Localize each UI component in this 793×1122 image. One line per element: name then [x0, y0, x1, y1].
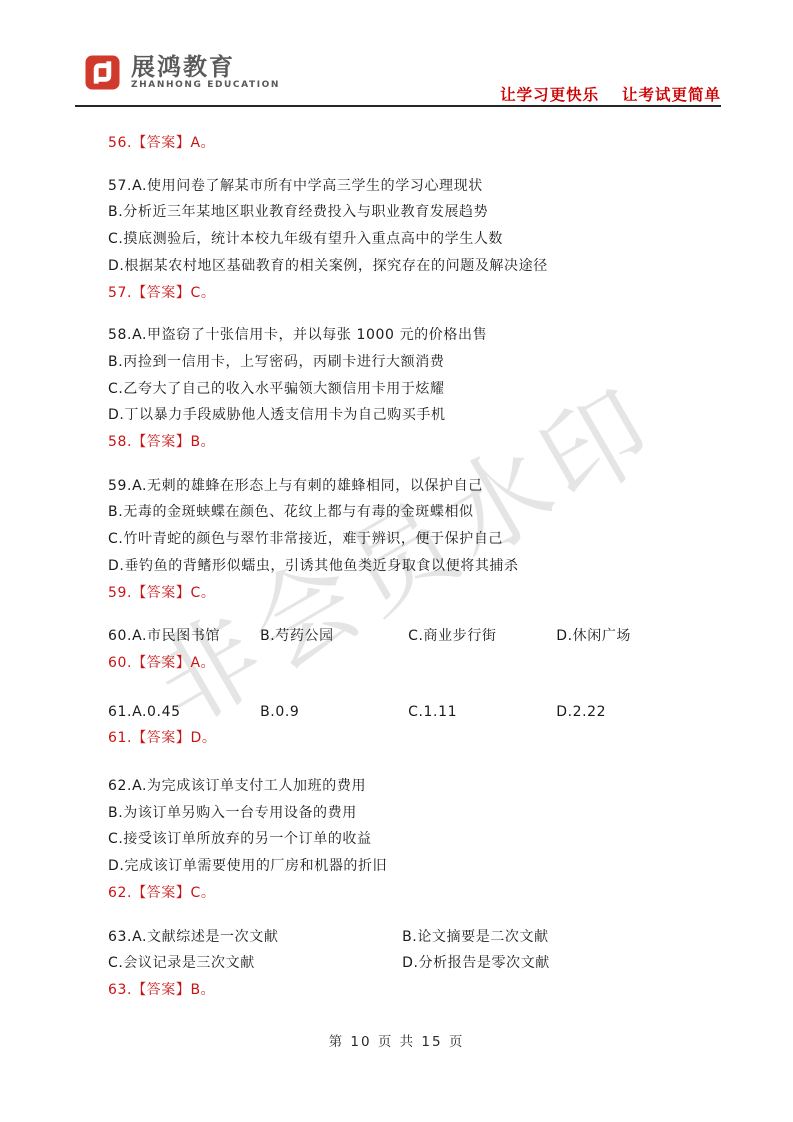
answer-line-62: 62.【答案】C。 [108, 880, 743, 907]
option-c: C.会议记录是三次文献 [108, 950, 397, 977]
option-line: B.丙捡到一信用卡，上写密码，丙刷卡进行大额消费 [108, 349, 743, 376]
option-line: B.为该订单另购入一台专用设备的费用 [108, 800, 743, 827]
option-a: 60.A.市民图书馆 [108, 623, 255, 650]
option-line: B.无毒的金斑蛱蝶在颜色、花纹上都与有毒的金斑蝶相似 [108, 499, 743, 526]
question-58: 58.A.甲盗窃了十张信用卡，并以每张 1000 元的价格出售 B.丙捡到一信用… [108, 322, 743, 456]
option-line: D.根据某农村地区基础教育的相关案例，探究存在的问题及解决途径 [108, 253, 743, 280]
zhanhong-logo-icon [85, 55, 120, 90]
answer-line-60: 60.【答案】A。 [108, 650, 743, 677]
option-line: C.竹叶青蛇的颜色与翠竹非常接近，难于辨识，便于保护自己 [108, 526, 743, 553]
option-line: C.摸底测验后，统计本校九年级有望升入重点高中的学生人数 [108, 226, 743, 253]
option-row: C.会议记录是三次文献 D.分析报告是零次文献 [108, 950, 743, 977]
option-a: 61.A.0.45 [108, 699, 255, 726]
option-c: C.1.11 [408, 699, 551, 726]
brand-name-en: ZHANHONG EDUCATION [131, 80, 280, 91]
answer-line-59: 59.【答案】C。 [108, 580, 743, 607]
option-line: 62.A.为完成该订单支付工人加班的费用 [108, 773, 743, 800]
option-line: D.完成该订单需要使用的厂房和机器的折旧 [108, 853, 743, 880]
option-c: C.商业步行街 [408, 623, 551, 650]
brand-name-cn: 展鸿教育 [131, 54, 280, 80]
brand-block: 展鸿教育 ZHANHONG EDUCATION [131, 54, 280, 91]
option-line: 57.A.使用问卷了解某市所有中学高三学生的学习心理现状 [108, 173, 743, 200]
option-b: B.芍药公园 [260, 623, 403, 650]
option-b: B.论文摘要是二次文献 [402, 929, 549, 945]
option-line: 59.A.无刺的雄蜂在形态上与有刺的雄蜂相同，以保护自己 [108, 473, 743, 500]
header-divider [75, 105, 721, 107]
question-63: 63.A.文献综述是一次文献 B.论文摘要是二次文献 C.会议记录是三次文献 D… [108, 924, 743, 1004]
option-line: 58.A.甲盗窃了十张信用卡，并以每张 1000 元的价格出售 [108, 322, 743, 349]
answer-line-58: 58.【答案】B。 [108, 429, 743, 456]
option-a: 63.A.文献综述是一次文献 [108, 924, 397, 951]
question-56: 56.【答案】A。 [108, 130, 743, 157]
answer-sheet: 56.【答案】A。 57.A.使用问卷了解某市所有中学高三学生的学习心理现状 B… [108, 130, 743, 1021]
option-row: 63.A.文献综述是一次文献 B.论文摘要是二次文献 [108, 924, 743, 951]
page-number: 第 10 页 共 15 页 [329, 1034, 465, 1050]
option-row: 61.A.0.45 B.0.9 C.1.11 D.2.22 [108, 699, 743, 726]
answer-line-56: 56.【答案】A。 [108, 130, 743, 157]
option-d: D.分析报告是零次文献 [402, 955, 550, 971]
option-line: D.垂钓鱼的背鳍形似蠕虫，引诱其他鱼类近身取食以便将其捕杀 [108, 553, 743, 580]
answer-line-63: 63.【答案】B。 [108, 977, 743, 1004]
answer-line-61: 61.【答案】D。 [108, 725, 743, 752]
option-line: D.丁以暴力手段威胁他人透支信用卡为自己购买手机 [108, 402, 743, 429]
question-61: 61.A.0.45 B.0.9 C.1.11 D.2.22 61.【答案】D。 [108, 699, 743, 752]
option-row: 60.A.市民图书馆 B.芍药公园 C.商业步行街 D.休闲广场 [108, 623, 743, 650]
option-d: D.2.22 [556, 704, 606, 720]
document-page: 非会员水印 展鸿教育 ZHANHONG EDUCATION 让学习更快乐 让考试… [0, 0, 793, 1122]
option-b: B.0.9 [260, 699, 403, 726]
option-d: D.休闲广场 [556, 628, 631, 644]
header-slogan: 让学习更快乐 让考试更简单 [500, 83, 721, 105]
option-line: B.分析近三年某地区职业教育经费投入与职业教育发展趋势 [108, 199, 743, 226]
answer-line-57: 57.【答案】C。 [108, 280, 743, 307]
option-line: C.乙夸大了自己的收入水平骗领大额信用卡用于炫耀 [108, 376, 743, 403]
option-line: C.接受该订单所放弃的另一个订单的收益 [108, 826, 743, 853]
question-57: 57.A.使用问卷了解某市所有中学高三学生的学习心理现状 B.分析近三年某地区职… [108, 173, 743, 307]
question-62: 62.A.为完成该订单支付工人加班的费用 B.为该订单另购入一台专用设备的费用 … [108, 773, 743, 907]
question-59: 59.A.无刺的雄蜂在形态上与有刺的雄蜂相同，以保护自己 B.无毒的金斑蛱蝶在颜… [108, 473, 743, 607]
page-footer: 第 10 页 共 15 页 [0, 1030, 793, 1050]
question-60: 60.A.市民图书馆 B.芍药公园 C.商业步行街 D.休闲广场 60.【答案】… [108, 623, 743, 676]
